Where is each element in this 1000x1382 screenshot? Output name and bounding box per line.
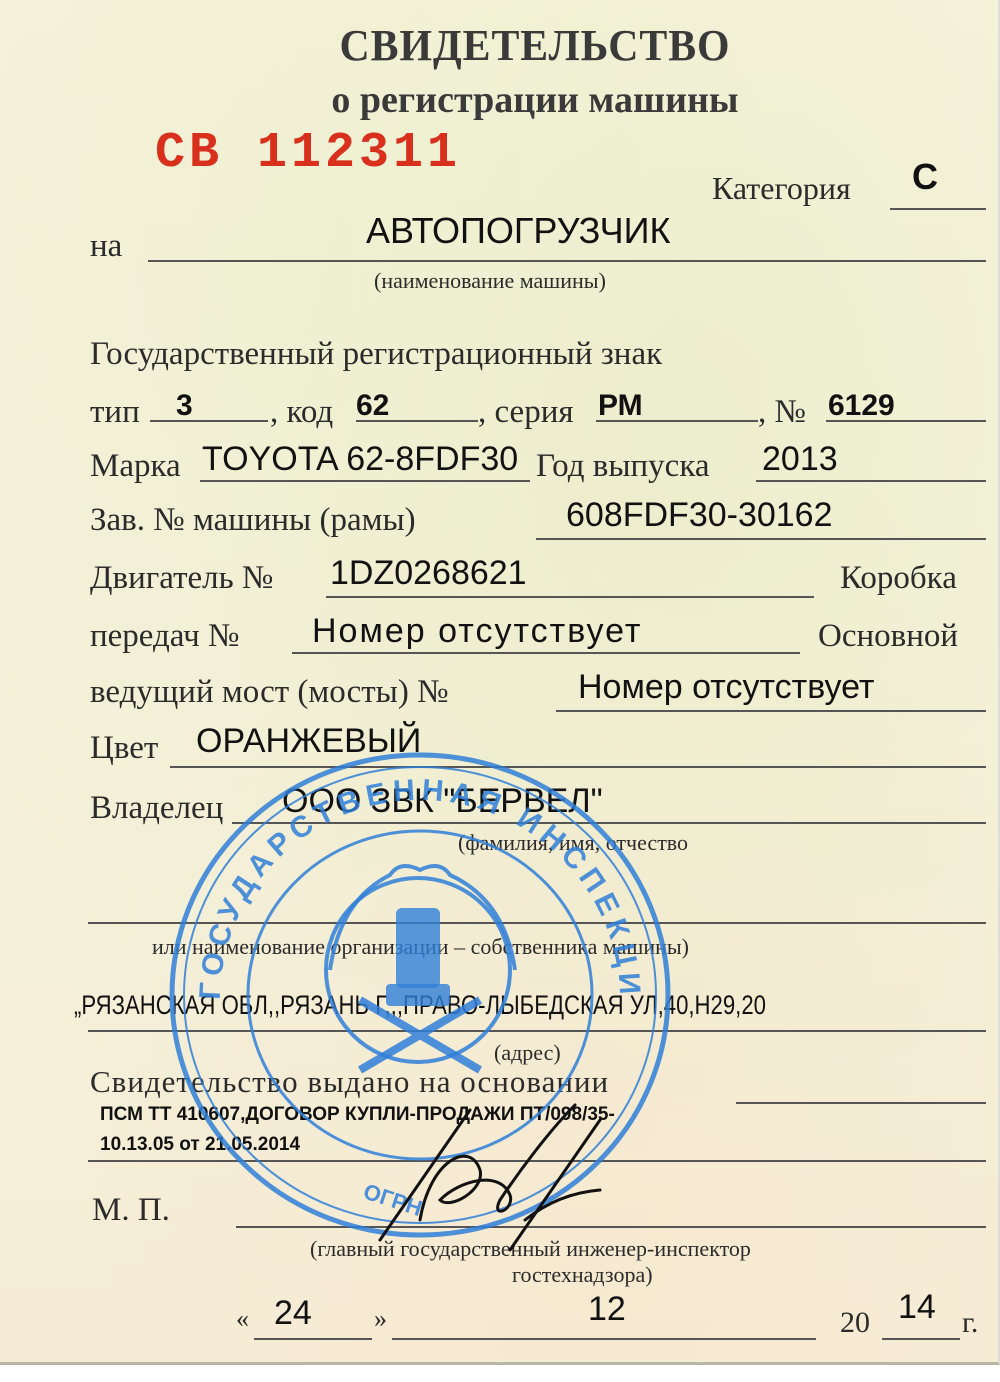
type-value: 3 bbox=[176, 389, 193, 423]
series-underline bbox=[596, 420, 758, 422]
serial-number: СВ 112311 bbox=[155, 125, 461, 182]
date-year-underline bbox=[882, 1338, 960, 1340]
date-day: 24 bbox=[274, 1294, 312, 1333]
gearbox-underline bbox=[292, 652, 800, 654]
serial-no-label: Зав. № машины (рамы) bbox=[90, 502, 416, 539]
inspector-caption-1: (главный государственный инженер-инспект… bbox=[310, 1236, 751, 1262]
axle-underline bbox=[556, 710, 986, 712]
brand-value: TOYOTA 62-8FDF30 bbox=[202, 440, 518, 479]
year-label: Год выпуска bbox=[536, 448, 710, 485]
owner-underline-2 bbox=[88, 922, 986, 924]
serial-no-underline bbox=[536, 538, 986, 540]
signature-underline bbox=[236, 1226, 986, 1228]
owner-value: ООО ЗВК "БЕРВЕЛ" bbox=[282, 782, 603, 821]
owner-caption-1: (фамилия, имя, отчество bbox=[458, 830, 688, 856]
address-underline bbox=[88, 1030, 986, 1032]
engine-underline bbox=[326, 596, 814, 598]
axle-label-1: Основной bbox=[818, 618, 958, 655]
series-label: , серия bbox=[478, 394, 574, 431]
date-month: 12 bbox=[588, 1290, 626, 1329]
date-month-underline bbox=[392, 1338, 816, 1340]
color-value: ОРАНЖЕВЫЙ bbox=[196, 722, 421, 761]
engine-value: 1DZ0268621 bbox=[330, 554, 527, 593]
date-close-quote: » bbox=[374, 1304, 387, 1334]
code-underline bbox=[356, 420, 478, 422]
owner-caption-2: или наименование организации – собственн… bbox=[152, 934, 689, 960]
type-underline bbox=[150, 420, 268, 422]
inspector-caption-2: гостехнадзора) bbox=[512, 1262, 653, 1288]
document-title: СВИДЕТЕЛЬСТВО bbox=[27, 20, 1000, 71]
category-underline bbox=[890, 208, 986, 210]
axle-label-2: ведущий мост (мосты) № bbox=[90, 674, 449, 711]
code-value: 62 bbox=[356, 389, 389, 423]
reg-sign-label: Государственный регистрационный знак bbox=[90, 336, 662, 373]
color-underline bbox=[170, 766, 986, 768]
date-year-prefix: 20 bbox=[840, 1306, 870, 1340]
date-day-underline bbox=[254, 1338, 372, 1340]
brand-underline bbox=[200, 480, 530, 482]
basis-label: Свидетельство выдано на основании bbox=[90, 1064, 609, 1100]
category-label: Категория bbox=[712, 170, 851, 207]
gearbox-label-1: Коробка bbox=[840, 560, 957, 597]
number-underline bbox=[826, 420, 986, 422]
date-year-suffix: 14 bbox=[898, 1288, 936, 1327]
date-year-unit: г. bbox=[962, 1306, 978, 1340]
for-label: на bbox=[90, 228, 122, 265]
gearbox-value: Номер отсутствует bbox=[312, 612, 643, 651]
color-label: Цвет bbox=[90, 730, 158, 767]
brand-label: Марка bbox=[90, 448, 181, 485]
year-underline bbox=[756, 480, 986, 482]
number-value: 6129 bbox=[828, 389, 895, 423]
gearbox-label-2: передач № bbox=[90, 618, 239, 655]
machine-name: АВТОПОГРУЗЧИК bbox=[366, 210, 670, 252]
basis-value-2: 10.13.05 от 21.05.2014 bbox=[100, 1134, 300, 1156]
number-label: , № bbox=[758, 394, 806, 431]
engine-label: Двигатель № bbox=[90, 560, 273, 597]
code-label: , код bbox=[270, 394, 333, 431]
year-value: 2013 bbox=[762, 440, 838, 479]
series-value: РМ bbox=[598, 389, 643, 423]
basis-underline-1 bbox=[736, 1102, 986, 1104]
serial-no-value: 608FDF30-30162 bbox=[566, 496, 833, 535]
seal-label: М. П. bbox=[92, 1192, 170, 1229]
axle-value: Номер отсутствует bbox=[578, 668, 875, 707]
category-value: C bbox=[912, 156, 938, 198]
document-subtitle: о регистрации машины bbox=[0, 78, 1000, 122]
basis-underline-2 bbox=[88, 1160, 986, 1162]
owner-label: Владелец bbox=[90, 790, 223, 827]
basis-value-1: ПСМ ТТ 410607,ДОГОВОР КУПЛИ-ПРОДАЖИ ПТ/0… bbox=[100, 1104, 615, 1126]
machine-name-underline bbox=[148, 260, 986, 262]
date-open-quote: « bbox=[236, 1304, 249, 1334]
address-caption: (адрес) bbox=[494, 1040, 561, 1066]
machine-name-caption: (наименование машины) bbox=[374, 268, 606, 294]
type-label: тип bbox=[90, 394, 140, 431]
address-value: „РЯЗАНСКАЯ ОБЛ,,РЯЗАНЬ Г,,,ПРАВО-ЛЫБЕДСК… bbox=[74, 990, 766, 1021]
owner-underline bbox=[232, 822, 986, 824]
